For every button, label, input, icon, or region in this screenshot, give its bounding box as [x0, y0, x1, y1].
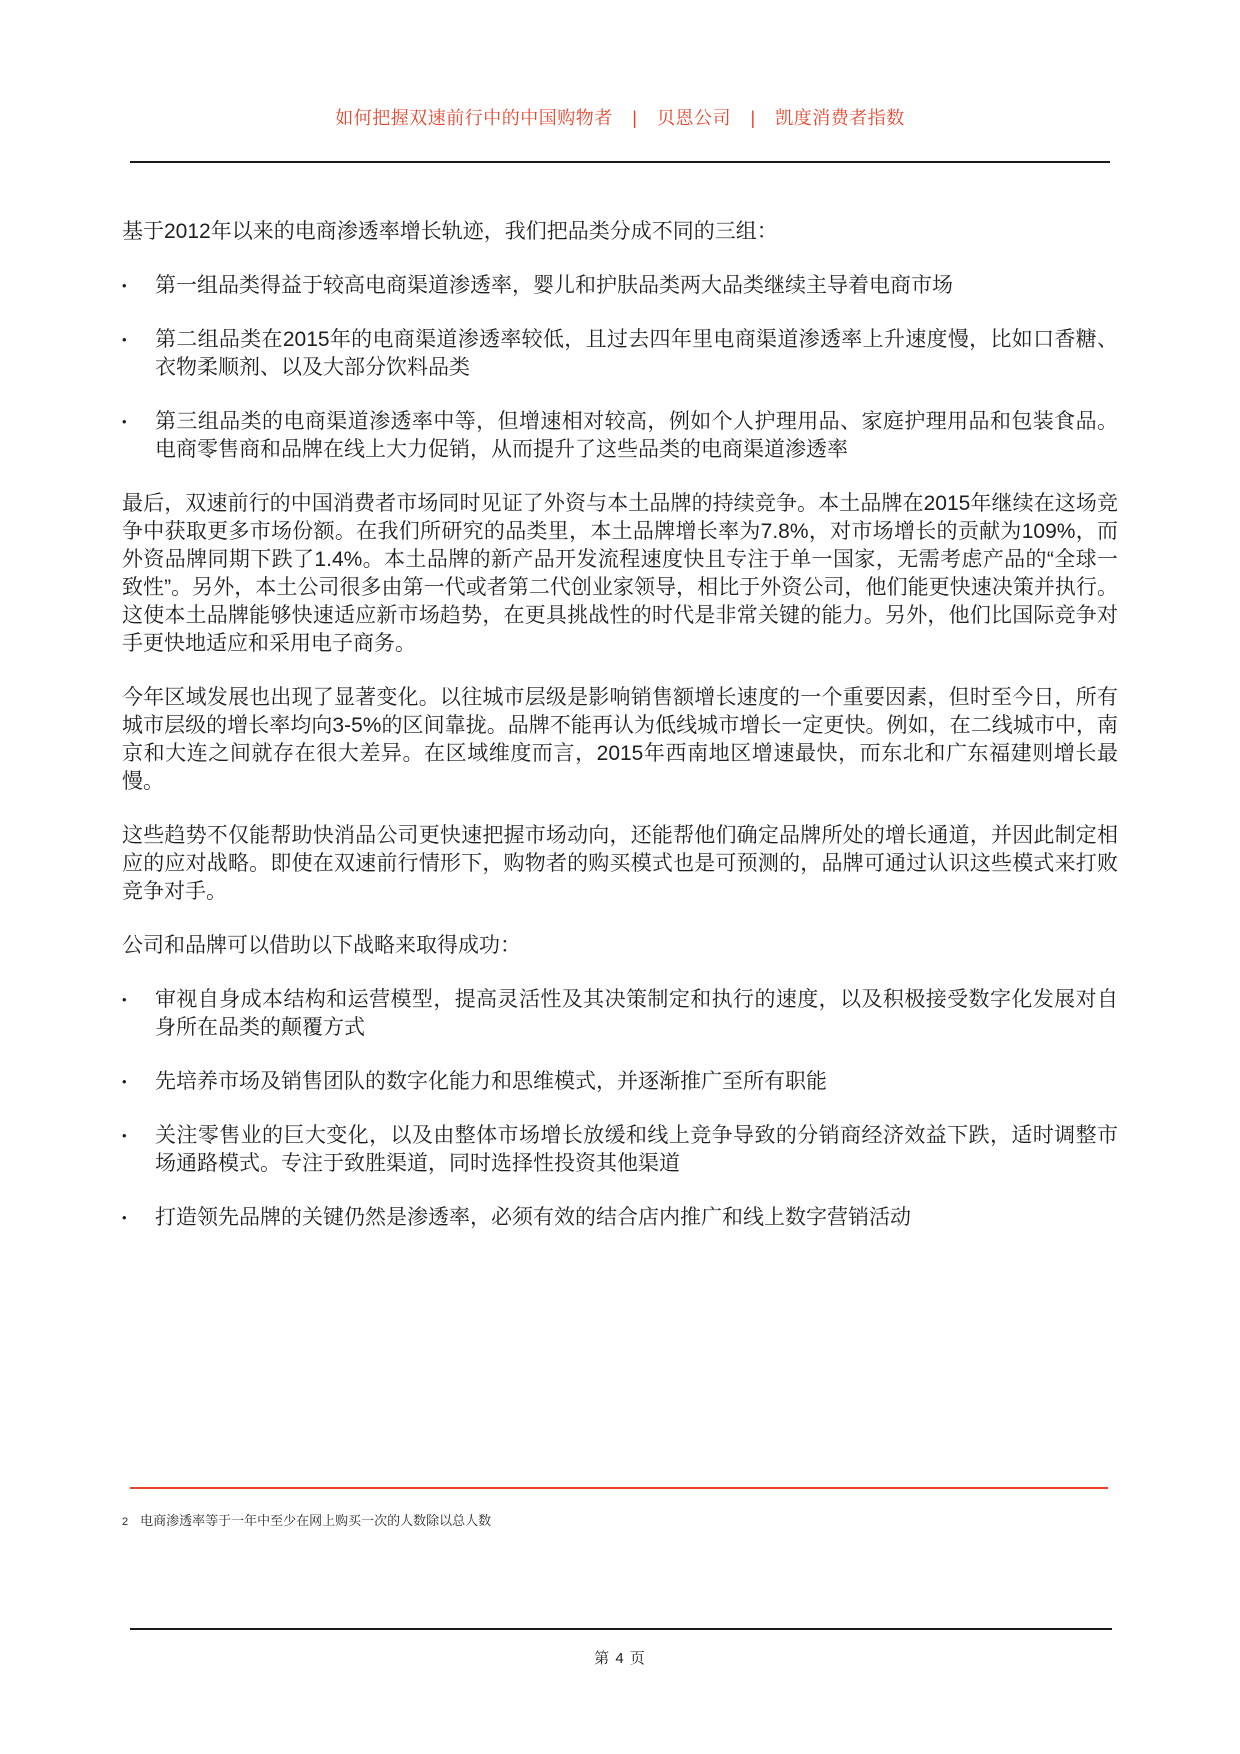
bullet-text: 第三组品类的电商渠道渗透率中等，但增速相对较高，例如个人护理用品、家庭护理用品和…: [155, 408, 1118, 464]
footnote: 2 电商渗透率等于一年中至少在网上购买一次的人数除以总人数: [122, 1512, 491, 1531]
bullet-text: 打造领先品牌的关键仍然是渗透率，必须有效的结合店内推广和线上数字营销活动: [155, 1204, 1118, 1232]
document-page: 如何把握双速前行中的中国购物者 | 贝恩公司 | 凯度消费者指数 基于2012年…: [0, 0, 1240, 1754]
body-content: 基于2012年以来的电商渗透率增长轨迹，我们把品类分成不同的三组：•第一组品类得…: [122, 218, 1118, 1232]
bullet-text: 审视自身成本结构和运营模型，提高灵活性及其决策制定和执行的速度，以及积极接受数字…: [155, 986, 1118, 1042]
bullet-item: •第二组品类在2015年的电商渠道渗透率较低，且过去四年里电商渠道渗透率上升速度…: [122, 326, 1118, 382]
bullet-item: •先培养市场及销售团队的数字化能力和思维模式，并逐渐推广至所有职能: [122, 1068, 1118, 1096]
bullet-icon: •: [122, 1204, 155, 1232]
paragraph: 公司和品牌可以借助以下战略来取得成功：: [122, 932, 1118, 960]
paragraph: 最后，双速前行的中国消费者市场同时见证了外资与本土品牌的持续竞争。本土品牌在20…: [122, 490, 1118, 658]
bullet-item: •打造领先品牌的关键仍然是渗透率，必须有效的结合店内推广和线上数字营销活动: [122, 1204, 1118, 1232]
bullet-icon: •: [122, 1068, 155, 1096]
header-separator: |: [751, 108, 756, 129]
footnote-marker: 2: [122, 1514, 128, 1531]
paragraph: 这些趋势不仅能帮助快消品公司更快速把握市场动向，还能帮他们确定品牌所处的增长通道…: [122, 822, 1118, 906]
header-rule: [130, 161, 1110, 163]
header-title: 如何把握双速前行中的中国购物者: [335, 108, 613, 128]
bullet-item: •审视自身成本结构和运营模型，提高灵活性及其决策制定和执行的速度，以及积极接受数…: [122, 986, 1118, 1042]
bullet-icon: •: [122, 272, 155, 300]
bullet-icon: •: [122, 1122, 155, 1178]
paragraph: 基于2012年以来的电商渗透率增长轨迹，我们把品类分成不同的三组：: [122, 218, 1118, 246]
page-number: 第 4 页: [0, 1648, 1240, 1670]
bullet-item: •第三组品类的电商渠道渗透率中等，但增速相对较高，例如个人护理用品、家庭护理用品…: [122, 408, 1118, 464]
page-header: 如何把握双速前行中的中国购物者 | 贝恩公司 | 凯度消费者指数: [0, 0, 1240, 129]
header-separator: |: [632, 108, 637, 129]
bullet-text: 先培养市场及销售团队的数字化能力和思维模式，并逐渐推广至所有职能: [155, 1068, 1118, 1096]
footnote-rule: [130, 1487, 1108, 1489]
bullet-icon: •: [122, 326, 155, 382]
bullet-icon: •: [122, 408, 155, 464]
footer-rule: [130, 1628, 1112, 1630]
bullet-item: •关注零售业的巨大变化，以及由整体市场增长放缓和线上竞争导致的分销商经济效益下跌…: [122, 1122, 1118, 1178]
footnote-text: 电商渗透率等于一年中至少在网上购买一次的人数除以总人数: [140, 1512, 491, 1529]
bullet-item: •第一组品类得益于较高电商渠道渗透率，婴儿和护肤品类两大品类继续主导着电商市场: [122, 272, 1118, 300]
bullet-text: 关注零售业的巨大变化，以及由整体市场增长放缓和线上竞争导致的分销商经济效益下跌，…: [155, 1122, 1118, 1178]
header-index-name: 凯度消费者指数: [775, 108, 905, 128]
paragraph: 今年区域发展也出现了显著变化。以往城市层级是影响销售额增长速度的一个重要因素，但…: [122, 684, 1118, 796]
bullet-text: 第一组品类得益于较高电商渠道渗透率，婴儿和护肤品类两大品类继续主导着电商市场: [155, 272, 1118, 300]
bullet-text: 第二组品类在2015年的电商渠道渗透率较低，且过去四年里电商渠道渗透率上升速度慢…: [155, 326, 1118, 382]
header-company-name: 贝恩公司: [657, 108, 731, 128]
bullet-icon: •: [122, 986, 155, 1042]
